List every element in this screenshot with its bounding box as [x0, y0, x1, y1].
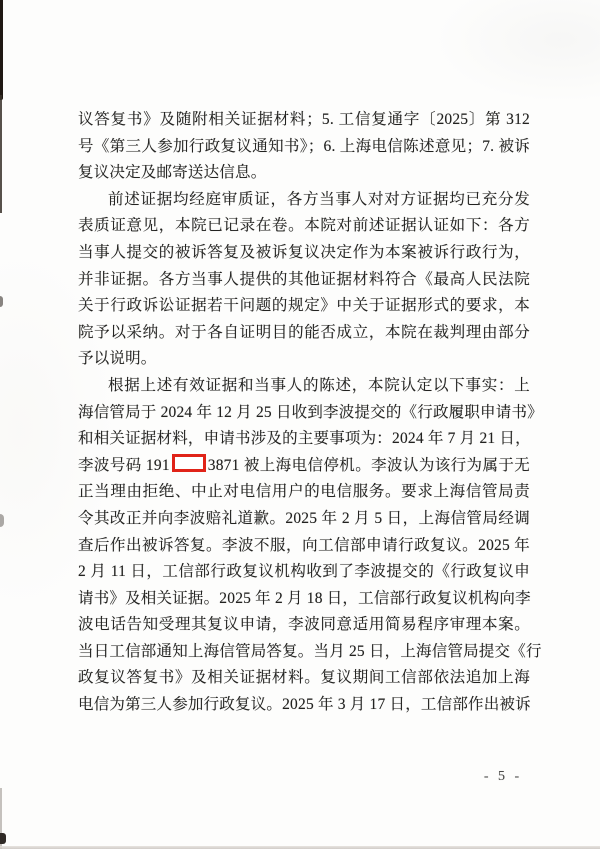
text-line: 令其改正并向李波赔礼道歉。2025 年 2 月 5 日，上海信管局经调 — [78, 506, 530, 533]
text-line: 政复议答复书》及相关证据材料。复议期间工信部依法追加上海 — [78, 665, 530, 692]
text-line: 予以说明。 — [78, 346, 530, 373]
text-line: 复议决定及邮寄送达信息。 — [78, 160, 530, 187]
text-line: 海信管局于 2024 年 12 月 25 日收到李波提交的《行政履职申请书》 — [78, 400, 530, 427]
text-line: 关于行政诉讼证据若干问题的规定》中关于证据形式的要求，本 — [78, 293, 530, 320]
scan-artifact-left-top — [0, 0, 3, 100]
redaction-box — [172, 454, 206, 472]
text-line-redacted: 李波号码 1913871 被上海电信停机。李波认为该行为属于无 — [78, 453, 530, 480]
text-line: 查后作出被诉答复。李波不服，向工信部申请行政复议。2025 年 — [78, 533, 530, 560]
scan-artifact-left-bottom — [0, 788, 2, 849]
text-line: 正当理由拒绝、中止对电信用户的电信服务。要求上海信管局责 — [78, 479, 530, 506]
text-line: 前述证据均经庭审质证，各方当事人对对方证据均已充分发 — [78, 187, 530, 214]
text-line: 当事人提交的被诉答复及被诉复议决定作为本案被诉行政行为， — [78, 240, 530, 267]
text-line: 波电话告知受理其复议申请，李波同意适用简易程序审理本案。 — [78, 612, 530, 639]
text-line: 电信为第三人参加行政复议。2025 年 3 月 17 日，工信部作出被诉 — [78, 692, 530, 719]
text-line: 当日工信部通知上海信管局答复。当月 25 日，上海信管局提交《行 — [78, 639, 530, 666]
text-line: 表质证意见，本院已记录在卷。本院对前述证据认证如下：各方 — [78, 213, 530, 240]
redaction-after-text: 3871 被上海电信停机。李波认为该行为属于无 — [208, 457, 530, 474]
text-line: 号《第三人参加行政复议通知书》；6. 上海电信陈述意见；7. 被诉 — [78, 134, 530, 161]
document-body: 议答复书》及随附相关证据材料；5. 工信复通字〔2025〕第 312 号《第三人… — [78, 107, 530, 719]
page-number: - 5 - — [468, 767, 538, 787]
text-line: 根据上述有效证据和当事人的陈述，本院认定以下事实：上 — [78, 373, 530, 400]
text-line: 2 月 11 日，工信部行政复议机构收到了李波提交的《行政复议申 — [78, 559, 530, 586]
scan-artifact-speck-1 — [0, 296, 3, 307]
text-line: 请书》及相关证据。2025 年 2 月 18 日，工信部行政复议机构向李 — [78, 586, 530, 613]
text-line: 和相关证据材料，申请书涉及的主要事项为：2024 年 7 月 21 日， — [78, 426, 530, 453]
scan-artifact-left-top-2 — [0, 95, 2, 213]
text-line: 议答复书》及随附相关证据材料；5. 工信复通字〔2025〕第 312 — [78, 107, 530, 134]
redaction-before-text: 李波号码 191 — [78, 457, 170, 474]
text-line: 并非证据。各方当事人提供的其他证据材料符合《最高人民法院 — [78, 267, 530, 294]
scan-artifact-corner — [0, 833, 6, 844]
text-line: 院予以采纳。对于各自证明目的能否成立，本院在裁判理由部分 — [78, 320, 530, 347]
scan-artifact-speck-2 — [0, 514, 4, 527]
scanned-page: 议答复书》及随附相关证据材料；5. 工信复通字〔2025〕第 312 号《第三人… — [0, 0, 600, 849]
